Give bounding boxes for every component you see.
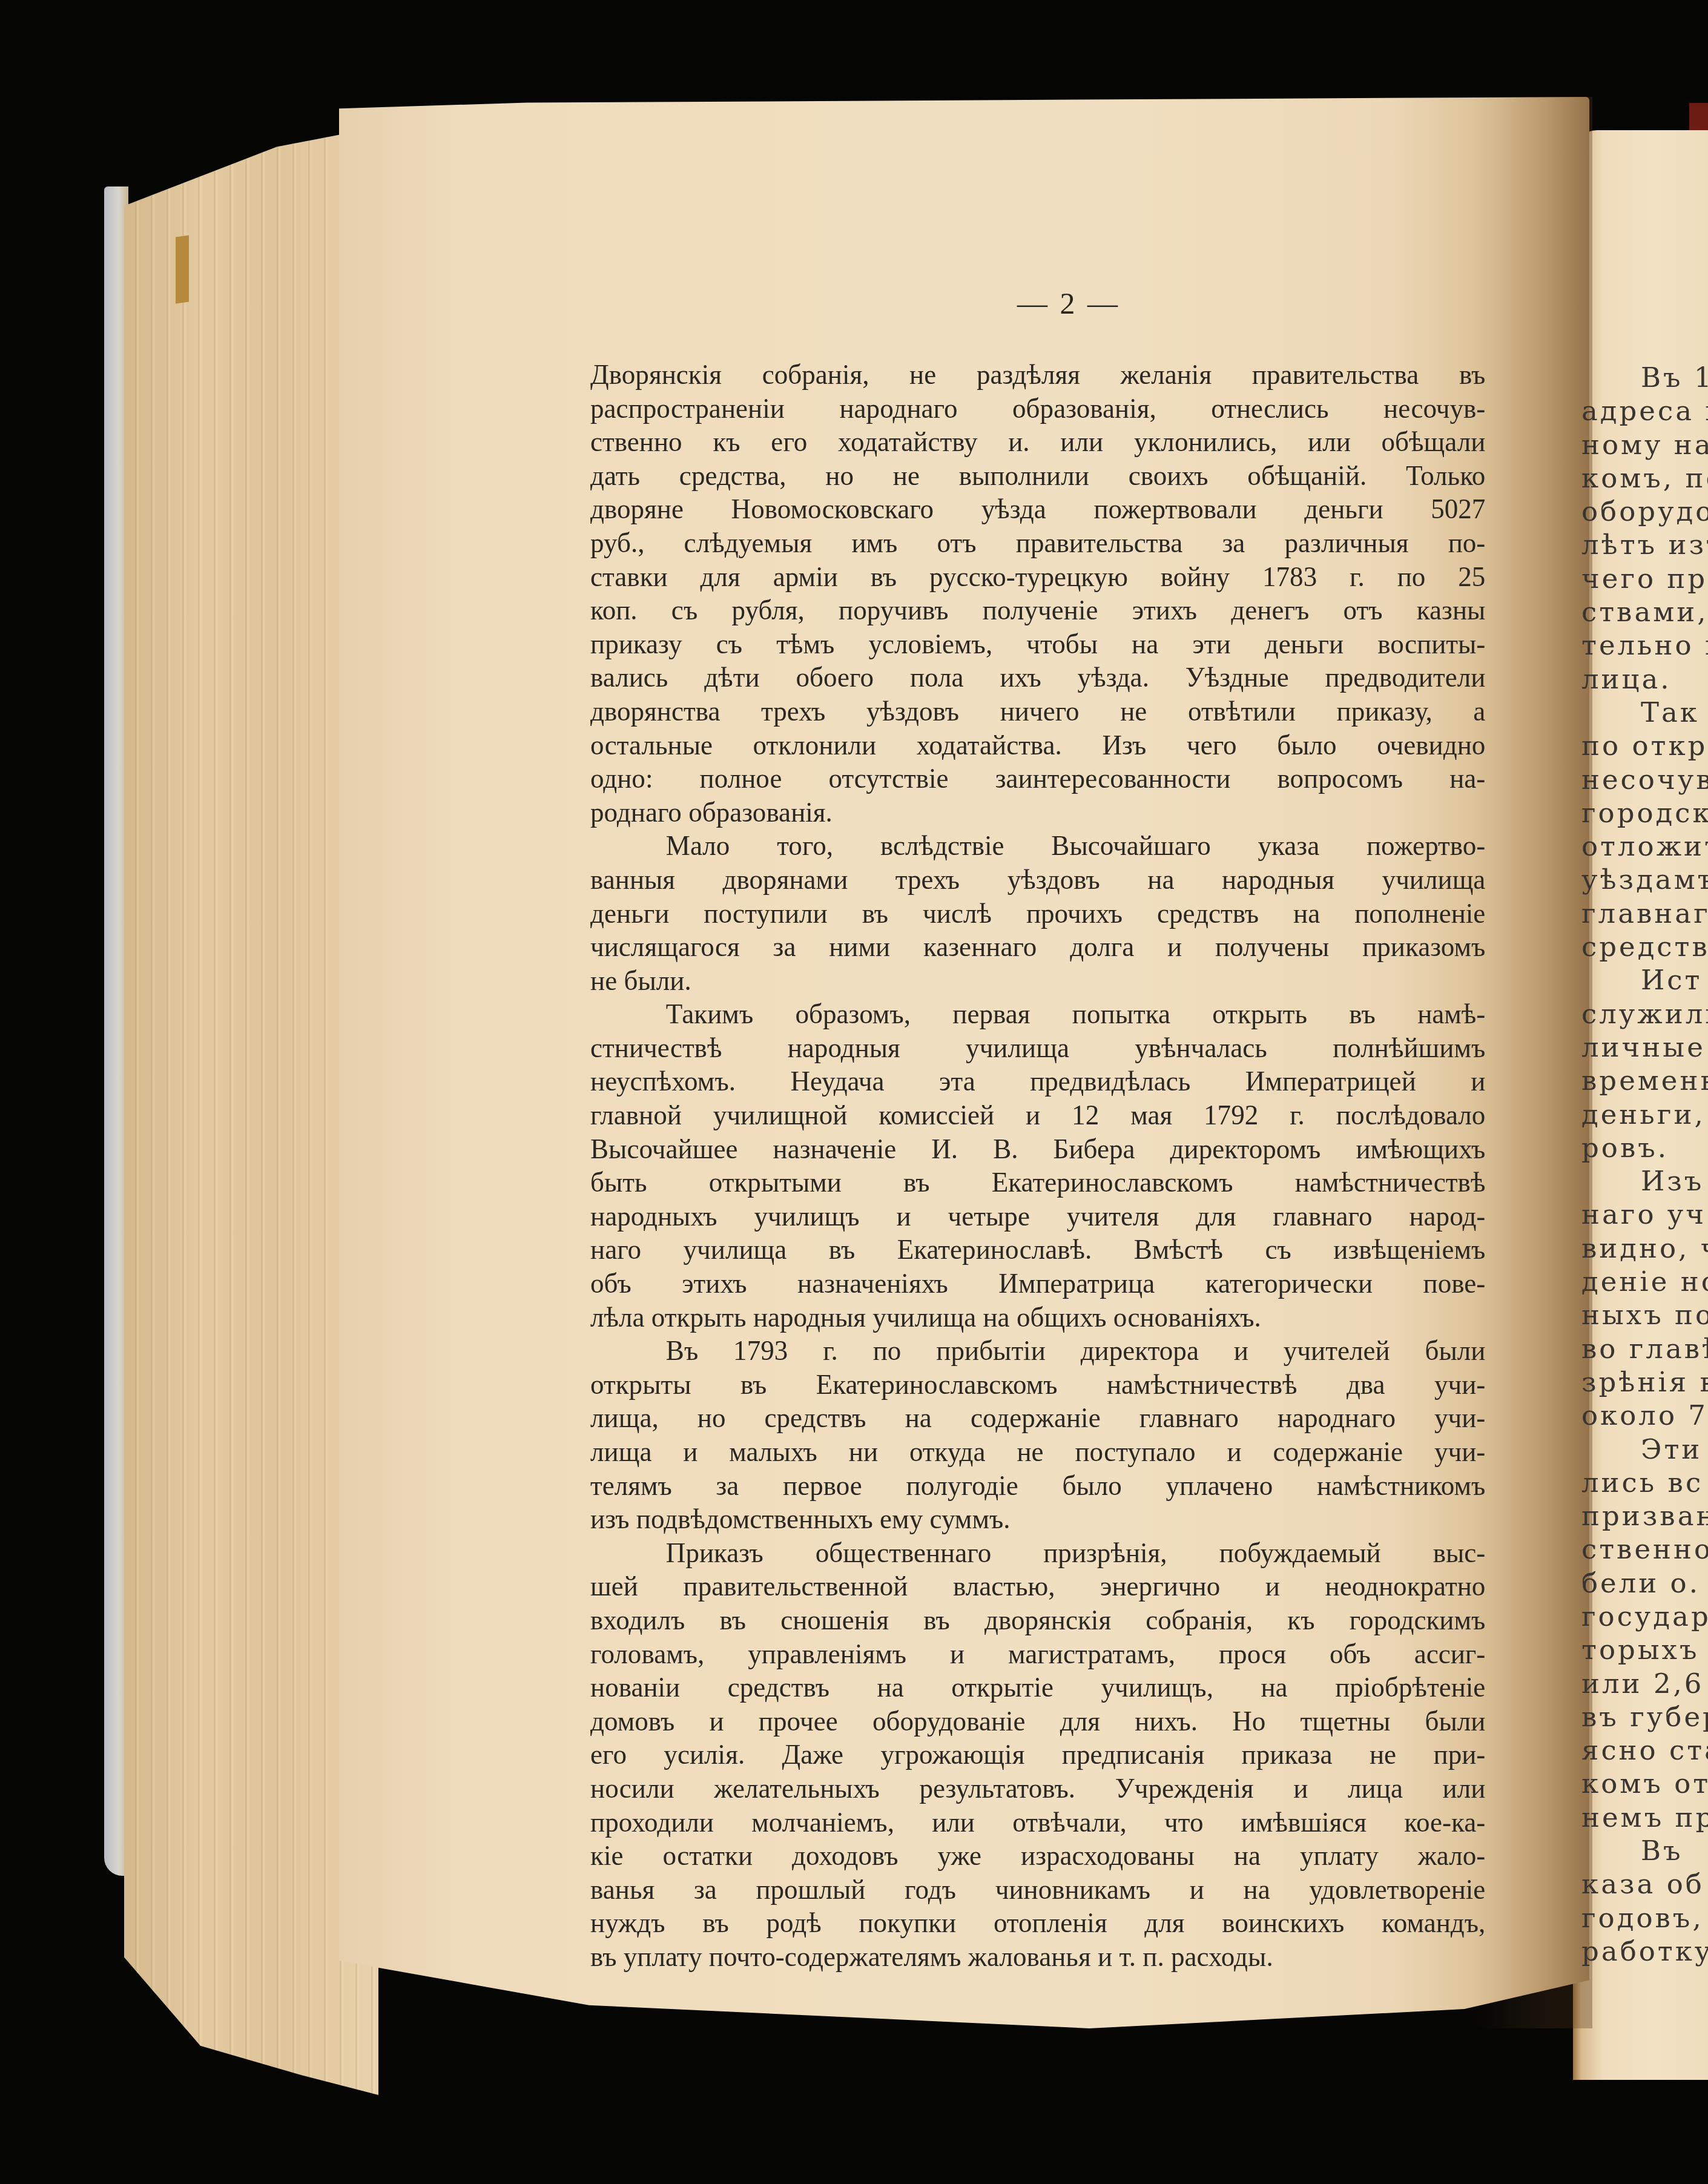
text-line-fragment: чего при [1581, 562, 1708, 595]
text-line: не были. [590, 965, 1485, 998]
text-line: Приказъ общественнаго призрѣнія, побужда… [590, 1537, 1485, 1571]
text-line: быть открытыми въ Екатеринославскомъ нам… [590, 1166, 1485, 1200]
text-line: приказу съ тѣмъ условіемъ, чтобы на эти … [590, 628, 1485, 662]
text-line-fragment: по откры [1581, 729, 1708, 762]
text-line: нуждъ въ родѣ покупки отопленія для воин… [590, 1907, 1485, 1941]
text-line-fragment: лѣтъ изъ [1581, 528, 1708, 561]
text-line: ванья за прошлый годъ чиновникамъ и на у… [590, 1873, 1485, 1907]
text-line: открыты въ Екатеринославскомъ намѣстниче… [590, 1368, 1485, 1402]
text-line: распространеніи народнаго образованія, о… [590, 392, 1485, 426]
text-line: Дворянскія собранія, не раздѣляя желанія… [590, 358, 1485, 392]
text-line-fragment: немъ пр [1581, 1801, 1708, 1834]
text-line-fragment: зрѣнія в [1581, 1365, 1708, 1399]
text-line: его усилія. Даже угрожающія предписанія … [590, 1738, 1485, 1772]
text-line-fragment: государс [1581, 1600, 1708, 1633]
text-line-fragment: средства [1581, 930, 1708, 963]
text-line-fragment: городски [1581, 796, 1708, 830]
text-line-fragment: ному нар [1581, 428, 1708, 461]
text-line: шей правительственной властью, энергично… [590, 1570, 1485, 1604]
text-line: Такимъ образомъ, первая попытка открыть … [590, 998, 1485, 1032]
text-line: нованіи средствъ на открытіе училищъ, на… [590, 1671, 1485, 1705]
text-line-fragment: деніе но [1581, 1265, 1708, 1298]
text-line-fragment: около 7 [1581, 1399, 1708, 1432]
text-line-fragment: торыхъ [1581, 1633, 1708, 1666]
text-line: лища, но средствъ на содержаніе главнаго… [590, 1402, 1485, 1436]
text-line: дворяне Новомосковскаго уѣзда пожертвова… [590, 493, 1485, 527]
text-line-fragment: Ист [1581, 963, 1708, 997]
text-line-fragment: ныхъ по [1581, 1298, 1708, 1331]
text-line: коп. съ рубля, поручивъ полученіе этихъ … [590, 594, 1485, 628]
text-line: стничествѣ народныя училища увѣнчалась п… [590, 1032, 1485, 1066]
text-line-fragment: наго уч [1581, 1198, 1708, 1231]
text-line-fragment: тельно на [1581, 628, 1708, 662]
text-line-fragment: лица. [1581, 662, 1708, 696]
text-line: телямъ за первое полугодіе было уплачено… [590, 1470, 1485, 1503]
text-line-fragment: видно, ч [1581, 1232, 1708, 1265]
text-line-fragment: лись вс [1581, 1466, 1708, 1499]
text-line-fragment: главнаго [1581, 897, 1708, 930]
text-line: одно: полное отсутствіе заинтересованнос… [590, 762, 1485, 796]
text-line-fragment: ственном [1581, 1532, 1708, 1566]
text-line-fragment: Въ 1 [1581, 361, 1708, 394]
text-line: ставки для арміи въ русско-турецкую войн… [590, 561, 1485, 595]
text-line: числящагося за ними казеннаго долга и по… [590, 931, 1485, 965]
text-line-fragment: бели о. [1581, 1566, 1708, 1600]
text-line-fragment: годовъ, [1581, 1901, 1708, 1935]
text-line-fragment: Эти [1581, 1433, 1708, 1466]
text-line-fragment: служили: [1581, 997, 1708, 1031]
text-line-fragment: Изъ [1581, 1164, 1708, 1198]
text-line-fragment: отложит [1581, 830, 1708, 863]
text-line-fragment: или 2,6 [1581, 1667, 1708, 1700]
bookmark-tab [176, 235, 189, 303]
text-line: ственно къ его ходатайству и. или уклони… [590, 426, 1485, 460]
text-line-fragment: комъ, по [1581, 461, 1708, 495]
left-page-body-text: Дворянскія собранія, не раздѣляя желанія… [590, 358, 1485, 1975]
text-line: наго училища въ Екатеринославѣ. Вмѣстѣ с… [590, 1233, 1485, 1267]
text-line: лища и малыхъ ни откуда не поступало и с… [590, 1436, 1485, 1470]
text-line: народныхъ училищъ и четыре учителя для г… [590, 1200, 1485, 1234]
text-line-fragment: ровъ. [1581, 1131, 1708, 1164]
text-line: изъ подвѣдомственныхъ ему суммъ. [590, 1503, 1485, 1537]
text-line: Въ 1793 г. по прибытіи директора и учите… [590, 1334, 1485, 1368]
text-line: остальные отклонили ходатайства. Изъ чег… [590, 729, 1485, 763]
text-line-fragment: ствами, в [1581, 595, 1708, 628]
text-line-fragment: призван [1581, 1499, 1708, 1532]
text-line: вались дѣти обоего пола ихъ уѣзда. Уѣздн… [590, 661, 1485, 695]
text-line: Мало того, вслѣдствіе Высочайшаго указа … [590, 830, 1485, 863]
text-line-fragment: уѣздамъ, [1581, 863, 1708, 896]
page-number: — 2 — [1008, 286, 1129, 321]
right-page-fragment-text: Въ 1адреса наному наркомъ, пооборудовлѣт… [1581, 361, 1708, 1968]
text-line: домовъ и прочее оборудованіе для нихъ. Н… [590, 1705, 1485, 1739]
text-line: объ этихъ назначеніяхъ Императрица катег… [590, 1267, 1485, 1301]
text-line: деньги поступили въ числѣ прочихъ средст… [590, 897, 1485, 931]
text-line: лѣла открыть народныя училища на общихъ … [590, 1301, 1485, 1335]
text-line: Высочайшее назначеніе И. В. Бибера дирек… [590, 1133, 1485, 1167]
text-line-fragment: временн [1581, 1064, 1708, 1097]
text-line: неуспѣхомъ. Неудача эта предвидѣлась Имп… [590, 1065, 1485, 1099]
text-line-fragment: личные п [1581, 1031, 1708, 1064]
text-line: головамъ, управленіямъ и магистратамъ, п… [590, 1638, 1485, 1672]
text-line-fragment: оборудов [1581, 495, 1708, 528]
text-line-fragment: Так [1581, 696, 1708, 729]
text-line: проходили молчаніемъ, или отвѣчали, что … [590, 1806, 1485, 1840]
text-line-fragment: во главѣ [1581, 1332, 1708, 1365]
text-line-fragment: адреса на [1581, 394, 1708, 427]
text-line: руб., слѣдуемыя имъ отъ правительства за… [590, 527, 1485, 561]
text-line-fragment: несочувс [1581, 763, 1708, 796]
text-line: роднаго образованія. [590, 796, 1485, 830]
text-line: кіе остатки доходовъ уже израсходованы н… [590, 1839, 1485, 1873]
text-line-fragment: работку [1581, 1935, 1708, 1968]
text-line-fragment: каза об [1581, 1867, 1708, 1901]
text-line: носили желательныхъ результатовъ. Учрежд… [590, 1772, 1485, 1806]
text-line: главной училищной комиссіей и 12 мая 179… [590, 1099, 1485, 1133]
text-line: дать средства, но не выполнили своихъ об… [590, 460, 1485, 493]
text-line: дворянства трехъ уѣздовъ ничего не отвѣт… [590, 695, 1485, 729]
text-line: ванныя дворянами трехъ уѣздовъ на народн… [590, 863, 1485, 897]
text-line-fragment: деньги, в [1581, 1098, 1708, 1131]
text-line-fragment: въ губер [1581, 1700, 1708, 1734]
text-line: въ уплату почто-содержателямъ жалованья … [590, 1941, 1485, 1975]
text-line: входилъ въ сношенія въ дворянскія собран… [590, 1604, 1485, 1638]
text-line-fragment: комъ от [1581, 1767, 1708, 1800]
text-line-fragment: Въ [1581, 1834, 1708, 1867]
text-line-fragment: ясно ста [1581, 1734, 1708, 1767]
